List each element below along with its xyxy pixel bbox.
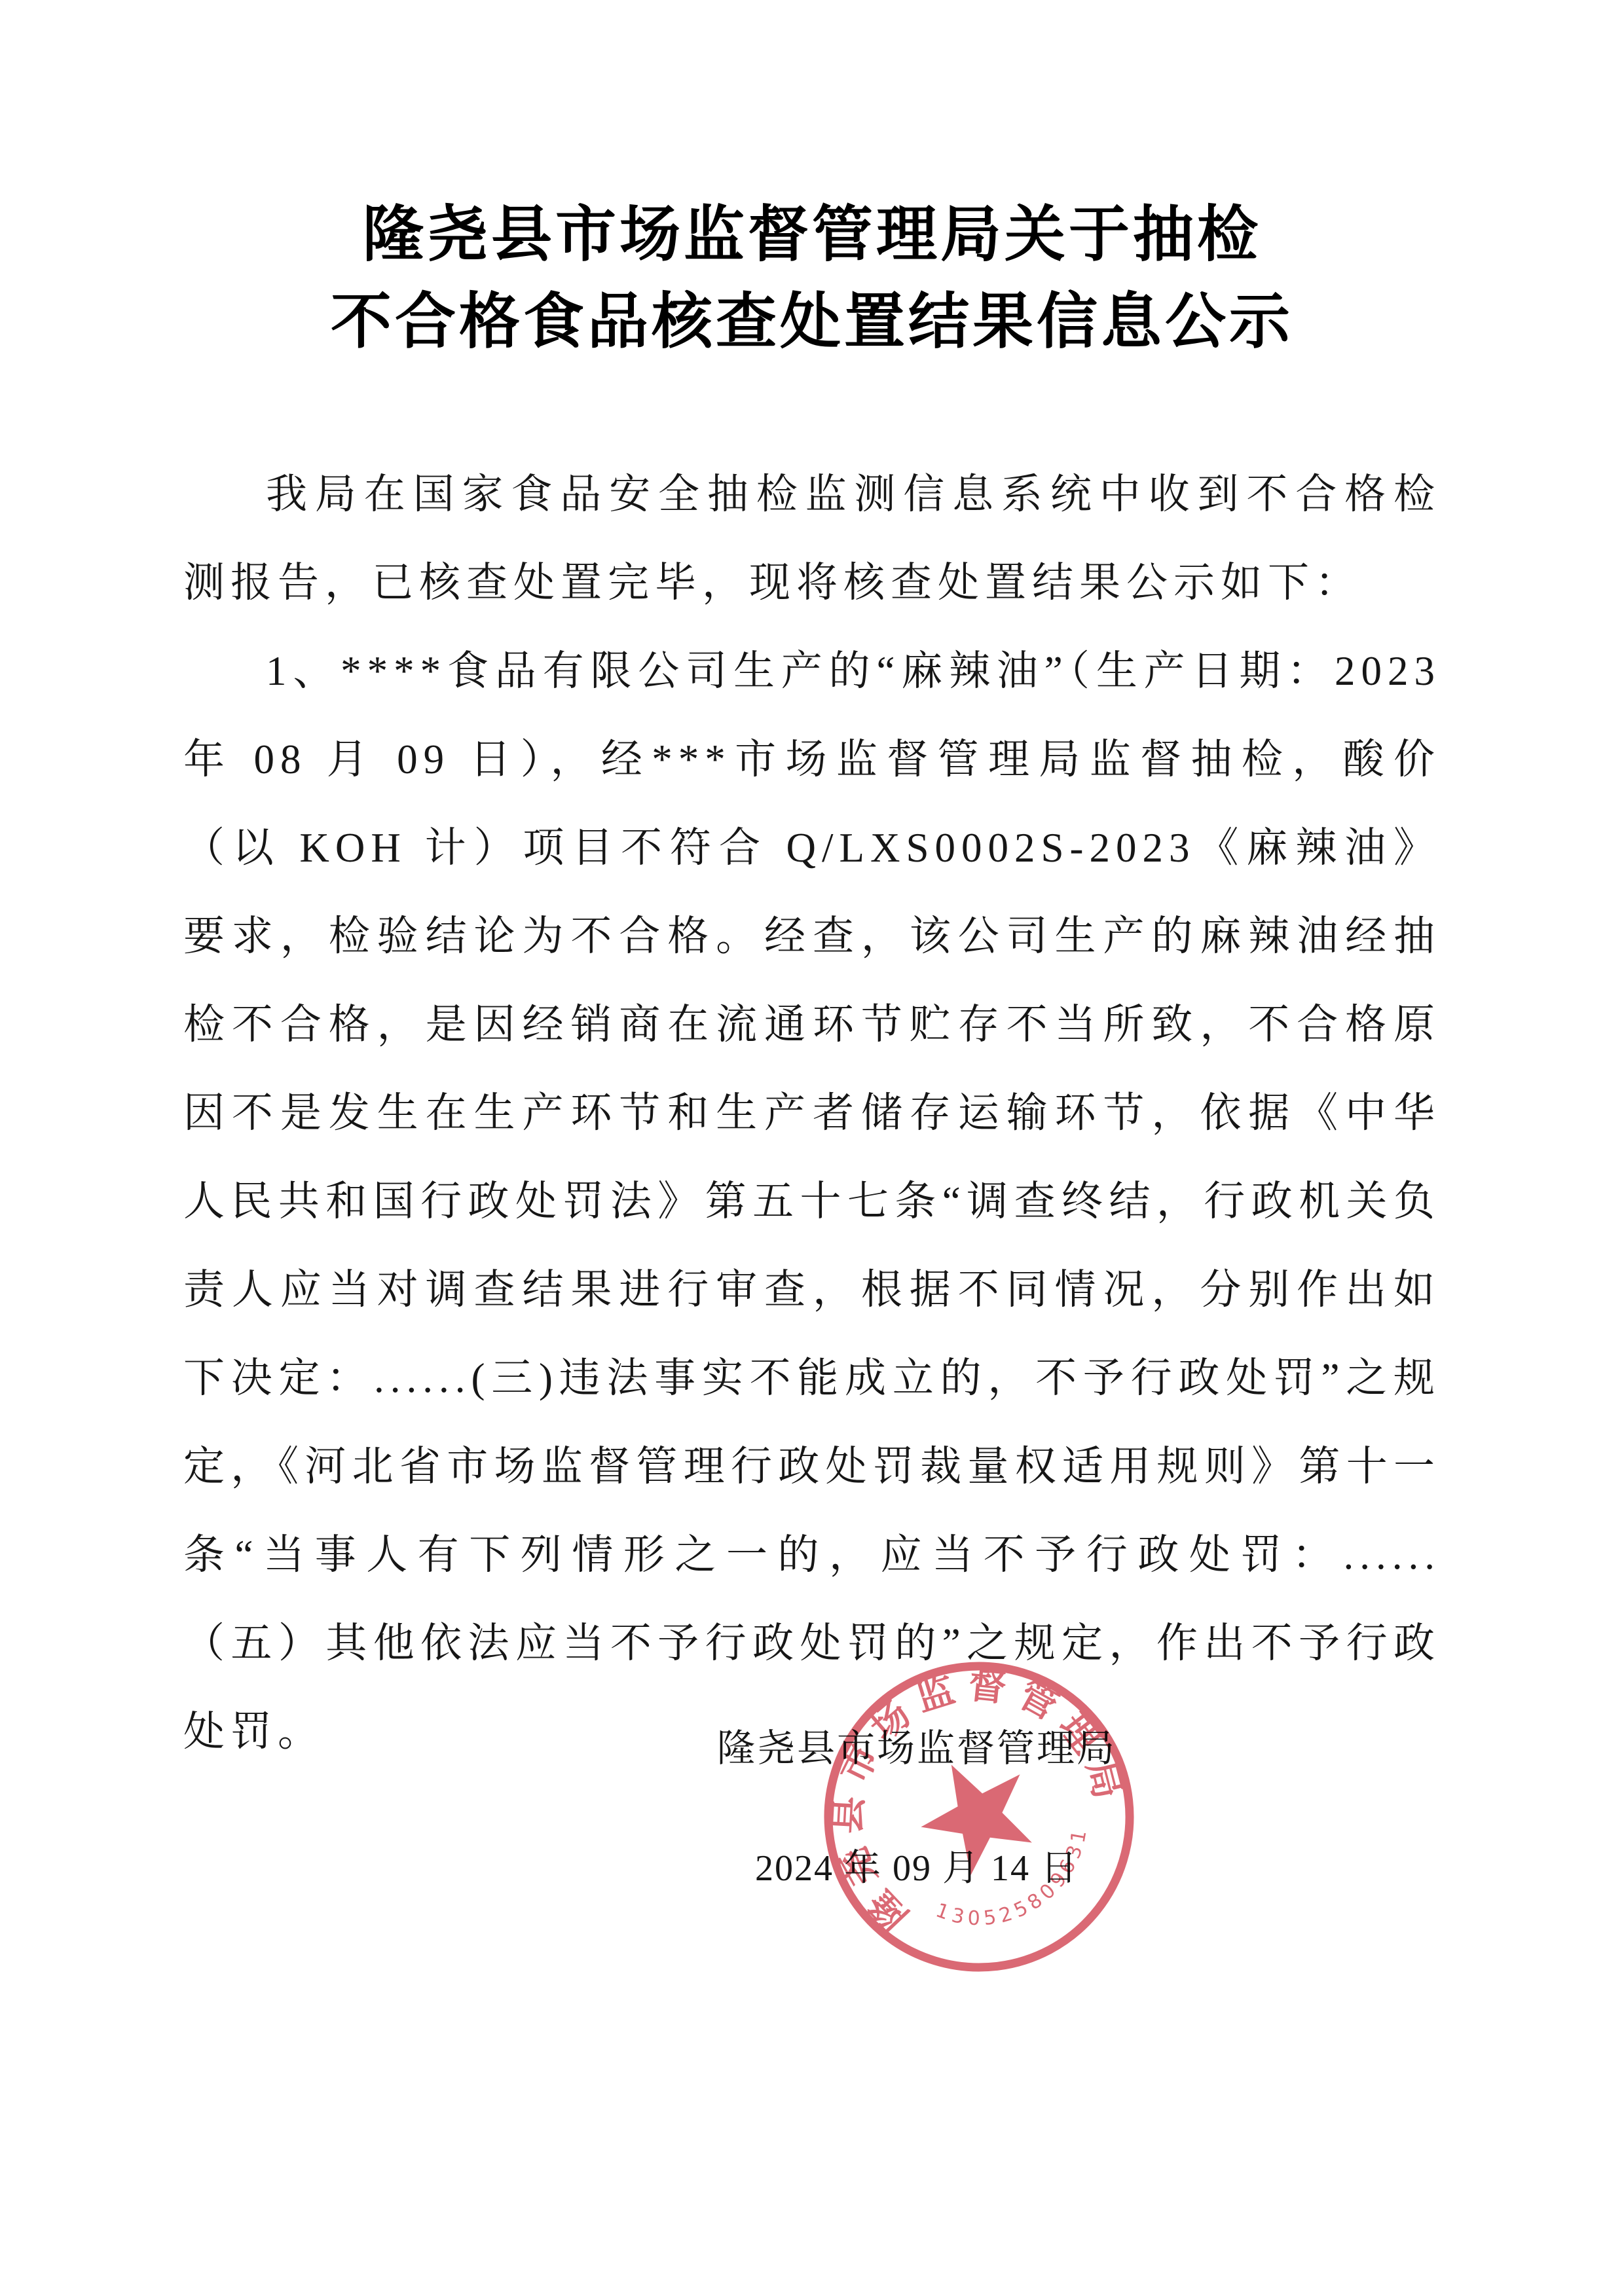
title-line-1: 隆尧县市场监督管理局关于抽检 bbox=[0, 191, 1624, 278]
paragraph-item-1: 1、****食品有限公司生产的“麻辣油”（生产日期：2023 年 08 月 09… bbox=[183, 627, 1441, 1776]
document-body: 我局在国家食品安全抽检监测信息系统中收到不合格检测报告，已核查处置完毕，现将核查… bbox=[183, 450, 1441, 1776]
paragraph-intro: 我局在国家食品安全抽检监测信息系统中收到不合格检测报告，已核查处置完毕，现将核查… bbox=[183, 450, 1441, 627]
stamp-star bbox=[902, 1738, 1051, 1885]
document-page: 隆尧县市场监督管理局关于抽检 不合格食品核查处置结果信息公示 我局在国家食品安全… bbox=[0, 0, 1624, 2296]
title-line-2: 不合格食品核查处置结果信息公示 bbox=[0, 278, 1624, 365]
document-title: 隆尧县市场监督管理局关于抽检 不合格食品核查处置结果信息公示 bbox=[0, 191, 1624, 365]
